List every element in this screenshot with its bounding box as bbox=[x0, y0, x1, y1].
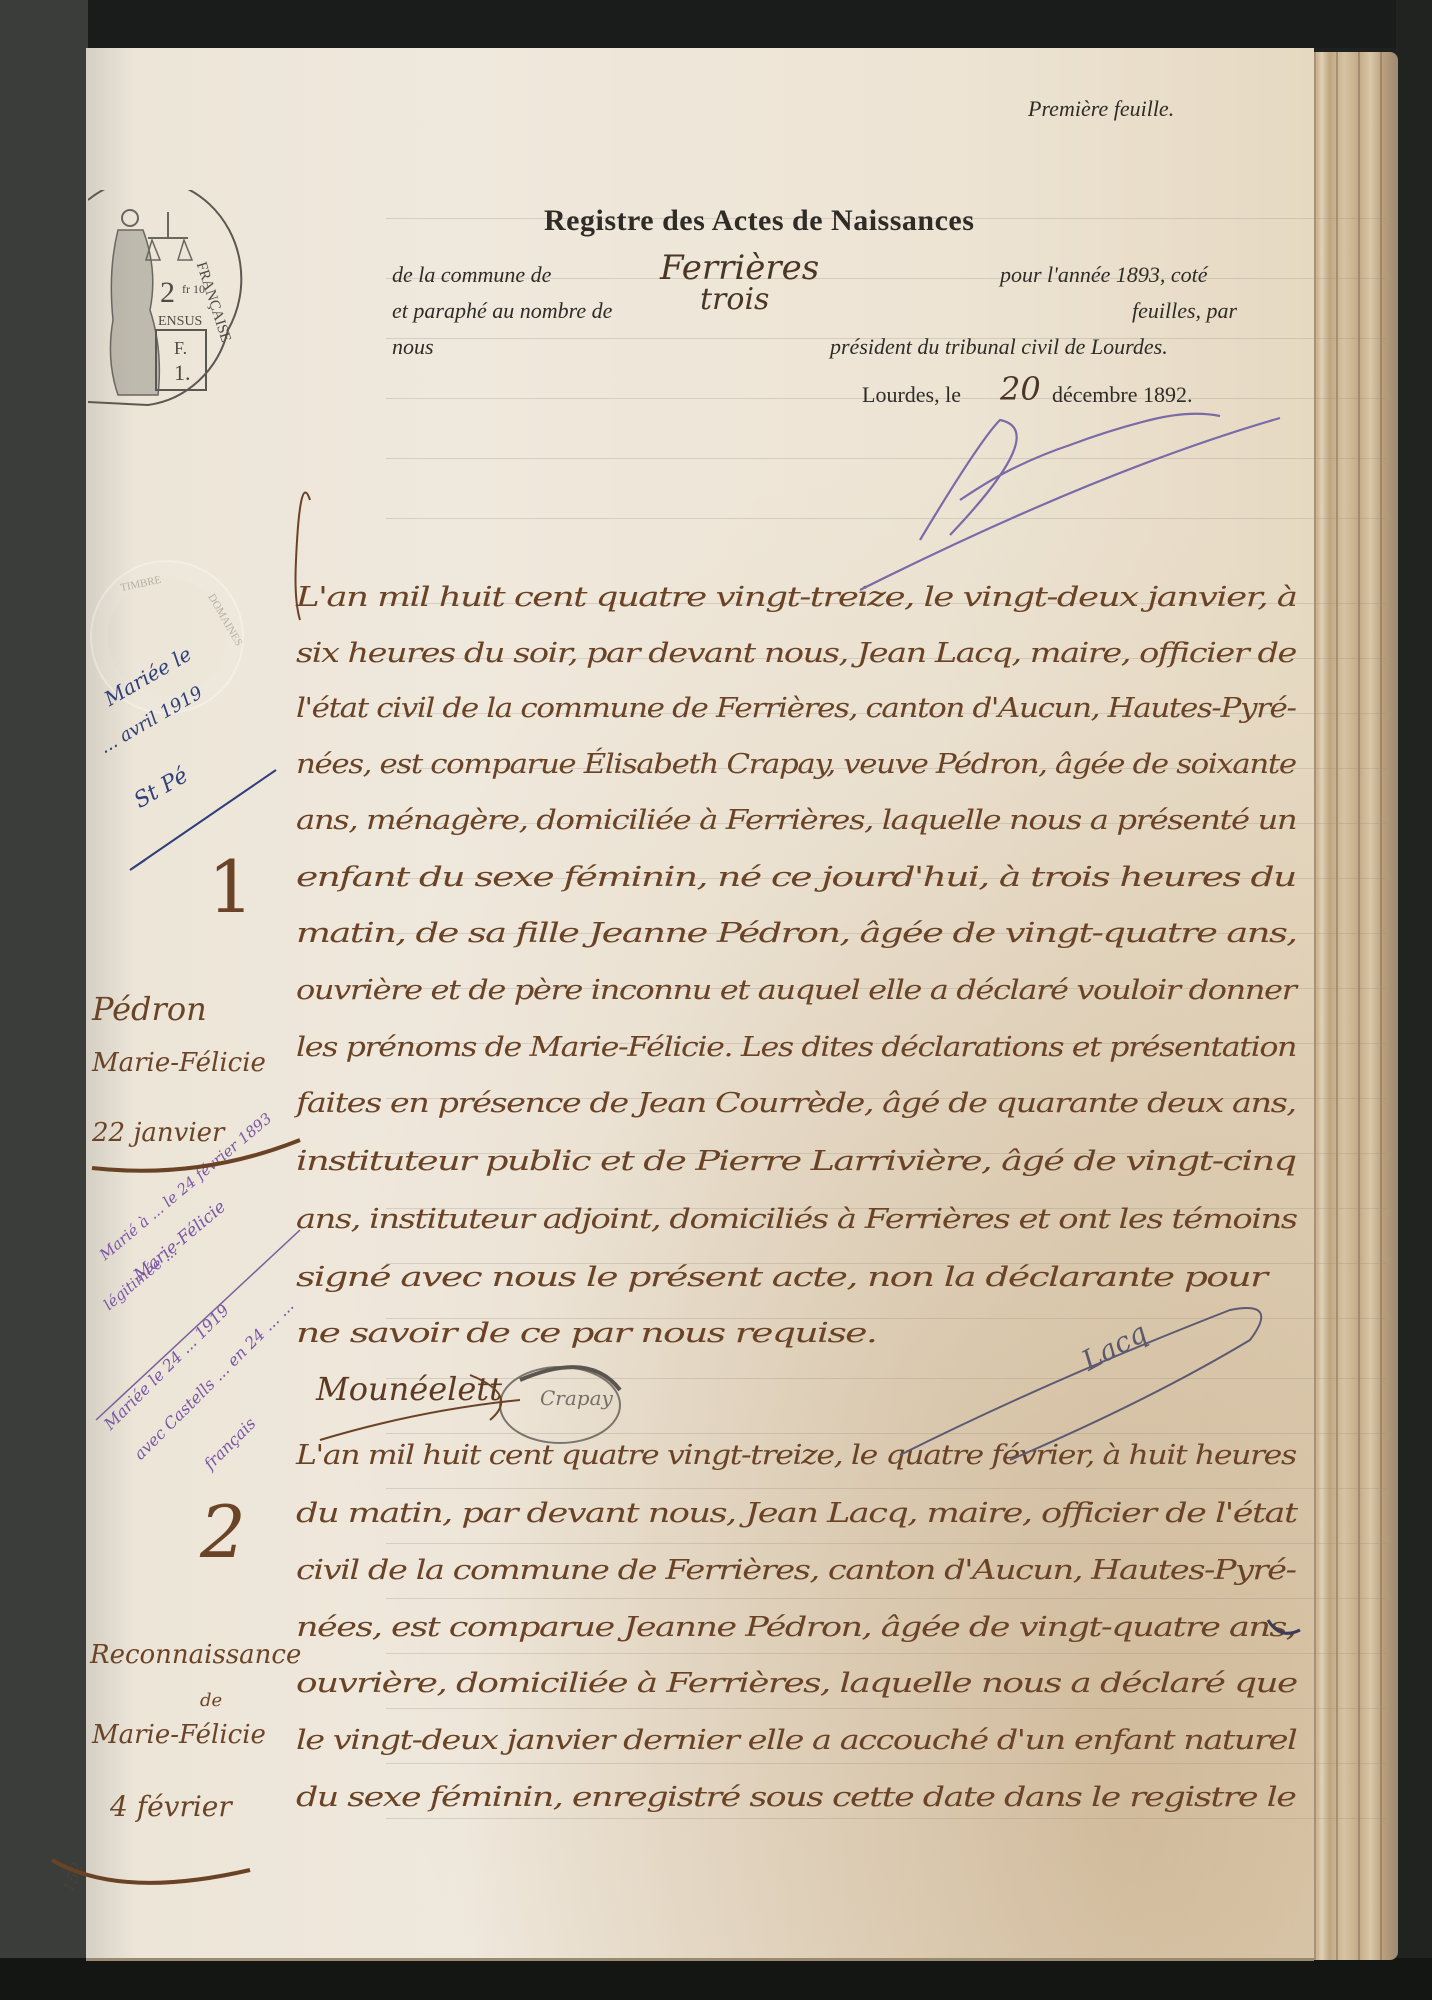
president-signature-icon bbox=[860, 414, 1280, 590]
margin-brace bbox=[52, 1860, 250, 1883]
blue-arrow-icon bbox=[130, 770, 276, 870]
margin-brace bbox=[92, 1140, 300, 1171]
signature-strokes bbox=[0, 0, 1432, 2000]
